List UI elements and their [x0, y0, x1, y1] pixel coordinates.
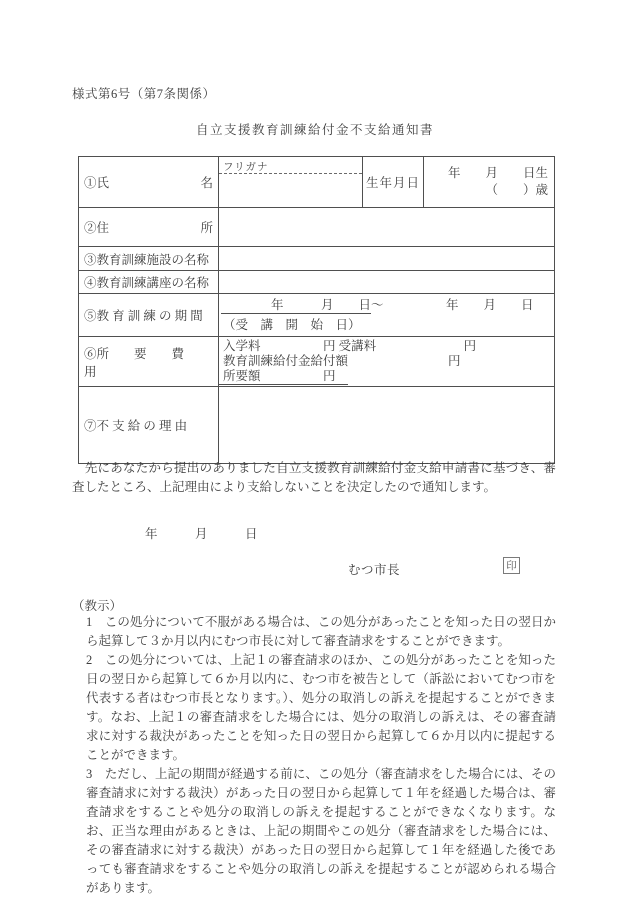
- address-label-suffix: 所: [200, 218, 213, 236]
- mayor-signature: むつ市長: [348, 560, 400, 578]
- date-line: 年 月 日: [145, 524, 258, 542]
- document-title: 自立支援教育訓練給付金不支給通知書: [0, 120, 630, 138]
- address-label-prefix: ②住: [84, 218, 109, 236]
- name-label-prefix: ①氏: [84, 173, 109, 191]
- name-input-cell: フリガナ: [219, 157, 363, 208]
- facility-name-label: ③教育訓練施設の名称: [79, 247, 219, 271]
- training-period-label: ⑤教 育 訓 練 の 期 間: [79, 294, 219, 337]
- birthdate-label: 生年月日: [363, 157, 424, 208]
- period-start-blank: 年 月 日: [221, 298, 371, 314]
- table-row: ②住 所: [79, 208, 555, 247]
- nonpayment-reason-label: ⑦不 支 給 の 理 由: [79, 387, 219, 464]
- cost-line1: 入学料 円 受講料 円: [223, 339, 554, 354]
- cost-line3: 所要額 円: [219, 369, 554, 384]
- cost-line2: 教育訓練給付金給付額 円: [223, 354, 554, 369]
- table-row: ③教育訓練施設の名称: [79, 247, 555, 271]
- instruction-item-3: 3 ただし、上記の期間が経過する前に、この処分（審査請求をした場合には、その審査…: [86, 765, 556, 898]
- name-label-cell: ①氏 名: [79, 157, 219, 208]
- period-line1: 年 月 日～ 年 月 日: [221, 295, 552, 315]
- seal-mark: 印: [503, 557, 520, 574]
- period-line2: （受 講 開 始 日）: [221, 315, 552, 335]
- instruction-item-1: 1 この処分について不服がある場合は、この処分があったことを知った日の翌日から起…: [86, 613, 556, 651]
- table-row: ⑤教 育 訓 練 の 期 間 年 月 日～ 年 月 日 （受 講 開 始 日）: [79, 294, 555, 337]
- notification-text: 先にあなたから提出のありました自立支援教育訓練給付金支給申請書に基づき、審査した…: [72, 459, 556, 497]
- birthdate-line2: （ ）歳: [430, 182, 548, 199]
- furigana-label: フリガナ: [219, 157, 362, 174]
- birthdate-line1: 年 月 日生: [430, 165, 548, 182]
- table-row: ④教育訓練講座の名称: [79, 271, 555, 294]
- form-number: 様式第6号（第7条関係）: [72, 84, 216, 102]
- birthdate-value-cell: 年 月 日生 （ ）歳: [424, 157, 555, 208]
- instructions-list: 1 この処分について不服がある場合は、この処分があったことを知った日の翌日から起…: [86, 613, 556, 898]
- table-row: ①氏 名 フリガナ 生年月日 年 月 日生 （ ）歳: [79, 157, 555, 208]
- facility-name-input-cell: [219, 247, 555, 271]
- cost-cell: 入学料 円 受講料 円 教育訓練給付金給付額 円 所要額 円: [219, 337, 555, 387]
- instruction-item-2: 2 この処分については、上記１の審査請求のほか、この処分があったことを知った日の…: [86, 651, 556, 765]
- cost-total-blank: 所要額 円: [219, 369, 348, 385]
- course-name-label: ④教育訓練講座の名称: [79, 271, 219, 294]
- document-page: 様式第6号（第7条関係） 自立支援教育訓練給付金不支給通知書 ①氏 名 フリガナ…: [0, 0, 630, 915]
- instructions-heading: （教示）: [72, 596, 122, 614]
- applicant-info-table: ①氏 名 フリガナ 生年月日 年 月 日生 （ ）歳 ②住: [78, 156, 555, 464]
- period-end-blank: ～ 年 月 日: [371, 298, 534, 312]
- table-row: ⑦不 支 給 の 理 由: [79, 387, 555, 464]
- table-row: ⑥所 要 費 用 入学料 円 受講料 円 教育訓練給付金給付額 円 所要額 円: [79, 337, 555, 387]
- name-label-suffix: 名: [200, 173, 213, 191]
- address-label-cell: ②住 所: [79, 208, 219, 247]
- course-name-input-cell: [219, 271, 555, 294]
- cost-label: ⑥所 要 費 用: [79, 337, 219, 387]
- training-period-cell: 年 月 日～ 年 月 日 （受 講 開 始 日）: [219, 294, 555, 337]
- nonpayment-reason-input-cell: [219, 387, 555, 464]
- address-input-cell: [219, 208, 555, 247]
